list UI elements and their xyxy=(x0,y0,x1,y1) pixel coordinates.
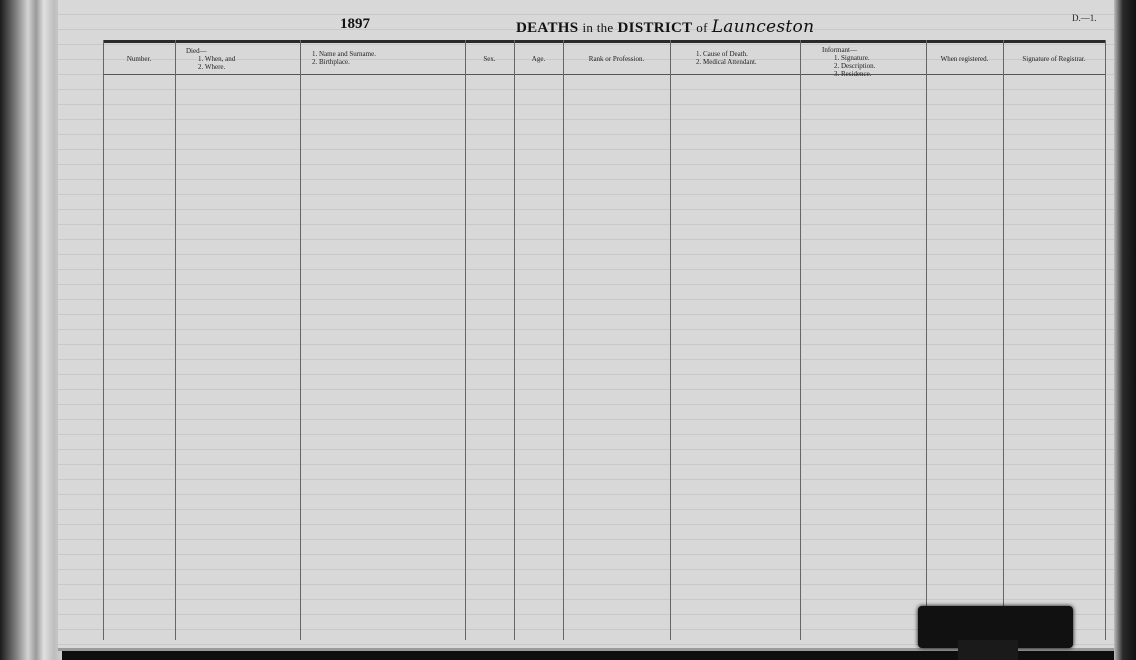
header-informant-signature: 1. Signature. xyxy=(822,54,875,62)
register-title: DEATHS in the DISTRICT ofLaunceston xyxy=(516,17,814,37)
header-informant-label: Informant— xyxy=(822,46,875,54)
header-died-when: 1. When, and xyxy=(186,55,235,63)
register-year: 1897 xyxy=(340,16,370,33)
title-deaths: DEATHS xyxy=(516,20,578,36)
column-line xyxy=(670,40,671,640)
header-age: Age. xyxy=(514,55,563,63)
column-line xyxy=(465,40,466,640)
header-died: Died— 1. When, and 2. Where. xyxy=(186,47,235,71)
header-name: 1. Name and Surname. 2. Birthplace. xyxy=(312,50,376,66)
binder-clip-stem xyxy=(958,640,1018,660)
column-line xyxy=(300,40,301,640)
header-cause-of-death: 1. Cause of Death. xyxy=(696,50,757,58)
header-number: Number. xyxy=(103,55,175,63)
header-died-label: Died— xyxy=(186,47,235,55)
header-birthplace: 2. Birthplace. xyxy=(312,58,376,66)
column-line xyxy=(563,40,564,640)
header-informant-residence: 3. Residence. xyxy=(822,70,875,78)
header-died-where: 2. Where. xyxy=(186,63,235,71)
column-header-rule xyxy=(103,74,1105,75)
header-cause: 1. Cause of Death. 2. Medical Attendant. xyxy=(696,50,757,66)
header-rank: Rank or Profession. xyxy=(563,55,670,63)
column-line xyxy=(1105,40,1106,640)
header-informant: Informant— 1. Signature. 2. Description.… xyxy=(822,46,875,78)
title-in-the: in the xyxy=(582,20,613,35)
column-line xyxy=(1003,40,1004,640)
page-edge xyxy=(1114,0,1136,660)
header-sex: Sex. xyxy=(465,55,514,63)
column-line xyxy=(175,40,176,640)
header-medical-attendant: 2. Medical Attendant. xyxy=(696,58,757,66)
header-rule xyxy=(103,40,1105,43)
district-name: Launceston xyxy=(712,17,815,37)
column-line xyxy=(926,40,927,640)
column-line xyxy=(514,40,515,640)
title-district: DISTRICT xyxy=(618,20,693,36)
form-number: D.—1. xyxy=(1072,13,1097,23)
column-line xyxy=(103,40,104,640)
column-line xyxy=(800,40,801,640)
header-name-surname: 1. Name and Surname. xyxy=(312,50,376,58)
header-informant-description: 2. Description. xyxy=(822,62,875,70)
title-of: of xyxy=(696,20,707,35)
register-page xyxy=(58,0,1114,651)
book-binding xyxy=(0,0,62,660)
header-registrar: Signature of Registrar. xyxy=(1003,55,1105,63)
header-registered: When registered. xyxy=(926,55,1003,63)
